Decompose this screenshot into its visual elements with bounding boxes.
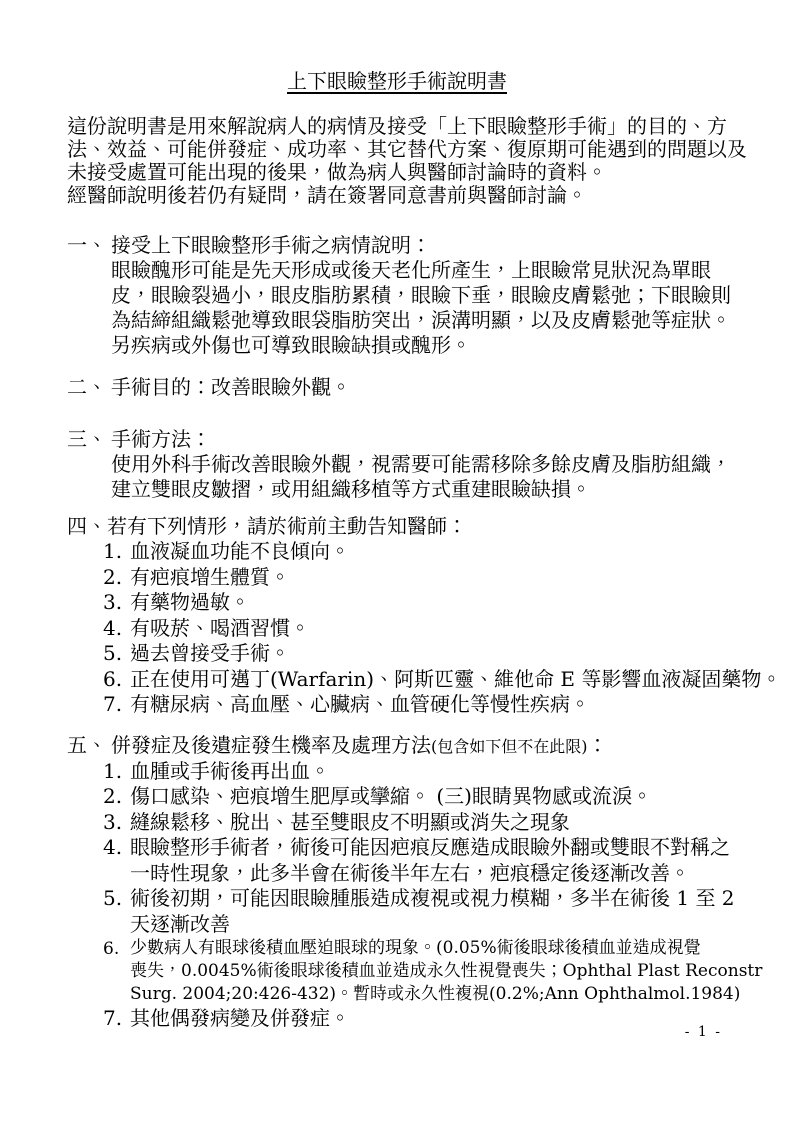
list-item-number: 4.: [103, 835, 130, 886]
list-item-text: 有糖尿病、高血壓、心臟病、血管硬化等慢性疾病。: [130, 692, 727, 718]
section-3-title: 手術方法：: [111, 427, 727, 452]
list-item-text: 眼瞼整形手術者，術後可能因疤痕反應造成眼瞼外翻或雙眼不對稱之 一時性現象，此多半…: [130, 835, 730, 886]
intro-paragraph: 這份說明書是用來解說病人的病情及接受「上下眼瞼整形手術」的目的、方 法、效益、可…: [67, 115, 727, 207]
list-item-text: 其他偶發病變及併發症。: [130, 1006, 727, 1032]
list-item-line: 眼瞼整形手術者，術後可能因疤痕反應造成眼瞼外翻或雙眼不對稱之: [130, 835, 730, 861]
list-item: 7. 有糖尿病、高血壓、心臟病、血管硬化等慢性疾病。: [103, 692, 727, 718]
section-2-number: 二、: [67, 375, 111, 400]
section-1-number: 一、: [67, 233, 111, 258]
list-item-number: 3.: [103, 590, 130, 616]
section-3-body-line-1: 使用外科手術改善眼瞼外觀，視需要可能需移除多餘皮膚及脂肪組織，: [111, 452, 727, 477]
list-item-line: 傷口感染、疤痕增生肥厚或攣縮。 (三)眼睛異物感或流淚。: [130, 784, 652, 808]
list-item-line: 天逐漸改善: [130, 912, 735, 938]
list-item-text: 血液凝血功能不良傾向。: [130, 539, 727, 565]
section-3-body-line-2: 建立雙眼皮皺摺，或用組織移植等方式重建眼瞼缺損。: [111, 477, 727, 502]
list-item: 1. 血腫或手術後再出血。: [103, 759, 727, 785]
section-complications: 五、 併發症及後遺症發生機率及處理方法(包含如下但不在此限)： 1. 血腫或手術…: [67, 733, 727, 1032]
section-4-heading: 四、若有下列情形，請於術前主動告知醫師：: [67, 514, 727, 539]
list-item: 2. 傷口感染、疤痕增生肥厚或攣縮。 (三)眼睛異物感或流淚。: [103, 784, 727, 810]
intro-line-2: 法、效益、可能併發症、成功率、其它替代方案、復原期可能遇到的問題以及: [67, 138, 727, 161]
list-item-number: 6.: [103, 667, 130, 693]
list-item: 1. 血液凝血功能不良傾向。: [103, 539, 727, 565]
list-item: 3. 有藥物過敏。: [103, 590, 727, 616]
section-1-body-line-3: 為結締組織鬆弛導致眼袋脂肪突出，淚溝明顯，以及皮膚鬆弛等症狀。: [111, 308, 727, 333]
list-item: 3. 縫線鬆移、脫出、甚至雙眼皮不明顯或消失之現象: [103, 810, 727, 836]
section-surgery-method: 三、 手術方法： 使用外科手術改善眼瞼外觀，視需要可能需移除多餘皮膚及脂肪組織，…: [67, 427, 727, 502]
list-item-line: 喪失，0.0045%術後眼球後積血並造成永久性視覺喪失；Ophthal Plas…: [130, 960, 762, 983]
list-item-line: 少數病人有眼球後積血壓迫眼球的現象。(0.05%術後眼球後積血並造成視覺: [130, 937, 762, 960]
list-item-number: 3.: [103, 810, 130, 836]
section-1-body: 眼瞼醜形可能是先天形成或後天老化所產生，上眼瞼常見狀況為單眼 皮，眼瞼裂過小，眼…: [111, 258, 727, 358]
section-5-title-main: 併發症及後遺症發生機率及處理方法: [111, 733, 431, 757]
list-item-text: 少數病人有眼球後積血壓迫眼球的現象。(0.05%術後眼球後積血並造成視覺 喪失，…: [130, 937, 762, 1006]
section-5-list: 1. 血腫或手術後再出血。 2. 傷口感染、疤痕增生肥厚或攣縮。 (三)眼睛異物…: [103, 759, 727, 1032]
list-item-text: 有疤痕增生體質。: [130, 565, 727, 591]
list-item-text: 血腫或手術後再出血。: [130, 759, 727, 785]
section-1-title: 接受上下眼瞼整形手術之病情說明：: [111, 233, 727, 258]
list-item-line: 術後初期，可能因眼瞼腫脹造成複視或視力模糊，多半在術後 1 至 2: [130, 886, 735, 912]
list-item-line: 血腫或手術後再出血。: [130, 759, 330, 783]
list-item-number: 1.: [103, 759, 130, 785]
page-number: - 1 -: [685, 1024, 722, 1040]
section-1-body-line-1: 眼瞼醜形可能是先天形成或後天老化所產生，上眼瞼常見狀況為單眼: [111, 258, 727, 283]
list-item-number: 7.: [103, 692, 130, 718]
section-5-heading: 五、 併發症及後遺症發生機率及處理方法(包含如下但不在此限)：: [67, 733, 727, 759]
section-4-list: 1. 血液凝血功能不良傾向。 2. 有疤痕增生體質。 3. 有藥物過敏。 4. …: [103, 539, 727, 718]
intro-line-3: 未接受處置可能出現的後果，做為病人與醫師討論時的資料。: [67, 161, 727, 184]
section-1-body-line-2: 皮，眼瞼裂過小，眼皮脂肪累積，眼瞼下垂，眼瞼皮膚鬆弛；下眼瞼則: [111, 283, 727, 308]
section-preop-disclosure: 四、若有下列情形，請於術前主動告知醫師： 1. 血液凝血功能不良傾向。 2. 有…: [67, 514, 727, 718]
list-item-text: 有藥物過敏。: [130, 590, 727, 616]
intro-line-1: 這份說明書是用來解說病人的病情及接受「上下眼瞼整形手術」的目的、方: [67, 115, 727, 138]
document-title: 上下眼瞼整形手術說明書: [67, 70, 727, 93]
list-item: 5. 過去曾接受手術。: [103, 641, 727, 667]
list-item-text: 縫線鬆移、脫出、甚至雙眼皮不明顯或消失之現象: [130, 810, 727, 836]
list-item: 4. 眼瞼整形手術者，術後可能因疤痕反應造成眼瞼外翻或雙眼不對稱之 一時性現象，…: [103, 835, 727, 886]
section-condition-description: 一、 接受上下眼瞼整形手術之病情說明： 眼瞼醜形可能是先天形成或後天老化所產生，…: [67, 233, 727, 358]
list-item-number: 7.: [103, 1006, 130, 1032]
list-item: 6. 正在使用可邁丁(Warfarin)、阿斯匹靈、維他命 E 等影響血液凝固藥…: [103, 667, 727, 693]
section-2-title: 手術目的：改善眼瞼外觀。: [111, 375, 727, 400]
list-item-number: 5.: [103, 641, 130, 667]
section-5-number: 五、: [67, 733, 111, 759]
list-item-number: 5.: [103, 886, 130, 937]
section-1-heading: 一、 接受上下眼瞼整形手術之病情說明：: [67, 233, 727, 258]
list-item: 7. 其他偶發病變及併發症。: [103, 1006, 727, 1032]
list-item-line: 縫線鬆移、脫出、甚至雙眼皮不明顯或消失之現象: [130, 810, 570, 834]
section-3-number: 三、: [67, 427, 111, 452]
list-item: 2. 有疤痕增生體質。: [103, 565, 727, 591]
section-5-title-colon: ：: [588, 733, 608, 757]
section-3-body: 使用外科手術改善眼瞼外觀，視需要可能需移除多餘皮膚及脂肪組織， 建立雙眼皮皺摺，…: [111, 452, 727, 502]
list-item-line: 一時性現象，此多半會在術後半年左右，疤痕穩定後逐漸改善。: [130, 861, 730, 887]
list-item-text: 正在使用可邁丁(Warfarin)、阿斯匹靈、維他命 E 等影響血液凝固藥物。: [130, 667, 781, 693]
list-item-line: Surg. 2004;20:426-432)。暫時或永久性複視(0.2%;Ann…: [130, 983, 762, 1006]
list-item-number: 2.: [103, 784, 130, 810]
section-2-heading: 二、 手術目的：改善眼瞼外觀。: [67, 375, 727, 400]
list-item-line: 其他偶發病變及併發症。: [130, 1006, 350, 1030]
section-5-title: 併發症及後遺症發生機率及處理方法(包含如下但不在此限)：: [111, 733, 727, 759]
list-item-text: 過去曾接受手術。: [130, 641, 727, 667]
list-item-text: 有吸菸、喝酒習慣。: [130, 616, 727, 642]
list-item-number: 4.: [103, 616, 130, 642]
document-page: 上下眼瞼整形手術說明書 這份說明書是用來解說病人的病情及接受「上下眼瞼整形手術」…: [0, 0, 794, 1123]
section-surgery-purpose: 二、 手術目的：改善眼瞼外觀。: [67, 375, 727, 400]
list-item-number: 6.: [103, 937, 130, 1006]
list-item: 4. 有吸菸、喝酒習慣。: [103, 616, 727, 642]
list-item-number: 2.: [103, 565, 130, 591]
list-item: 6. 少數病人有眼球後積血壓迫眼球的現象。(0.05%術後眼球後積血並造成視覺 …: [103, 937, 727, 1006]
list-item: 5. 術後初期，可能因眼瞼腫脹造成複視或視力模糊，多半在術後 1 至 2 天逐漸…: [103, 886, 727, 937]
section-5-title-paren: (包含如下但不在此限): [431, 737, 588, 756]
list-item-text: 術後初期，可能因眼瞼腫脹造成複視或視力模糊，多半在術後 1 至 2 天逐漸改善: [130, 886, 735, 937]
list-item-number: 1.: [103, 539, 130, 565]
section-3-heading: 三、 手術方法：: [67, 427, 727, 452]
section-1-body-line-4: 另疾病或外傷也可導致眼瞼缺損或醜形。: [111, 333, 727, 358]
intro-line-4: 經醫師說明後若仍有疑問，請在簽署同意書前與醫師討論。: [67, 184, 727, 207]
list-item-text: 傷口感染、疤痕增生肥厚或攣縮。 (三)眼睛異物感或流淚。: [130, 784, 727, 810]
